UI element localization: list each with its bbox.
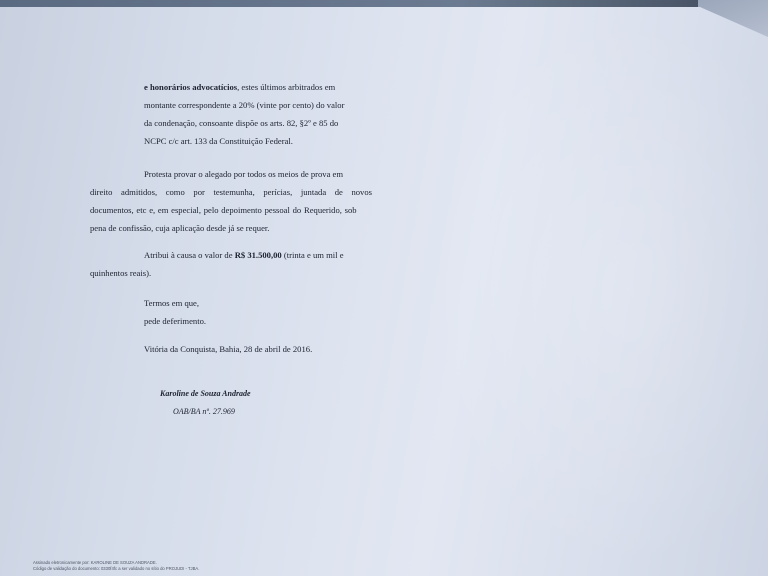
paragraph-1-line-2: montante correspondente a 20% (vinte por… bbox=[144, 96, 344, 114]
paragraph-1-line-4: NCPC c/c art. 133 da Constituição Federa… bbox=[144, 132, 293, 150]
paragraph-2-line-3: documentos, etc e, em especial, pelo dep… bbox=[90, 201, 357, 219]
paragraph-3-line-1: Atribui à causa o valor de R$ 31.500,00 … bbox=[144, 246, 344, 264]
paragraph-1-line-1: e honorários advocatícios, estes últimos… bbox=[144, 78, 335, 96]
fees-label: e honorários advocatícios bbox=[144, 82, 237, 92]
footer-signed-by: Assinado eletronicamente por: KAROLINE D… bbox=[33, 560, 157, 565]
paragraph-2-line-4: pena de confissão, cuja aplicação desde … bbox=[90, 219, 269, 237]
paragraph-2-line-1: Protesta provar o alegado por todos os m… bbox=[144, 165, 343, 183]
document-page bbox=[0, 7, 768, 576]
claim-value: R$ 31.500,00 bbox=[235, 250, 282, 260]
paragraph-2-line-2: direito admitidos, como por testemunha, … bbox=[90, 183, 372, 201]
background-surface bbox=[0, 0, 768, 8]
paragraph-1-line-1-rest: , estes últimos arbitrados em bbox=[237, 82, 335, 92]
signature-oab: OAB/BA nº. 27.969 bbox=[173, 403, 235, 421]
place-date: Vitória da Conquista, Bahia, 28 de abril… bbox=[144, 340, 312, 358]
closing-line-1: Termos em que, bbox=[144, 294, 199, 312]
signature-name: Karoline de Souza Andrade bbox=[160, 385, 251, 403]
closing-line-2: pede deferimento. bbox=[144, 312, 206, 330]
paragraph-3-line-2: quinhentos reais). bbox=[90, 264, 151, 282]
claim-value-prefix: Atribui à causa o valor de bbox=[144, 250, 235, 260]
claim-value-words: (trinta e um mil e bbox=[282, 250, 344, 260]
paragraph-1-line-3: da condenação, consoante dispõe os arts.… bbox=[144, 114, 338, 132]
footer-validation-code: Código de validação do documento: 0330f4… bbox=[33, 566, 199, 571]
